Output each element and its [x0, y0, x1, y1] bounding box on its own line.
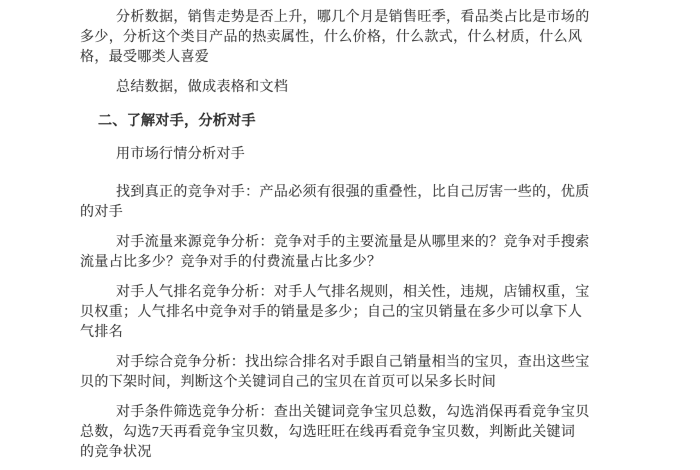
paragraph-summarize-data: 总结数据，做成表格和文档: [80, 78, 640, 98]
paragraph-market-analysis: 用市场行情分析对手: [80, 145, 640, 165]
paragraph-traffic-source-analysis: 对手流量来源竞争分析：竞争对手的主要流量是从哪里来的？竞争对手搜索 流量占比多少…: [80, 233, 640, 273]
paragraph-analyze-data: 分析数据，销售走势是否上升，哪几个月是销售旺季，看品类占比是市场的 多少，分析这…: [80, 8, 640, 68]
text-line: 对手综合竞争分析：找出综合排名对手跟自己销量相当的宝贝，查出这些宝: [80, 353, 640, 373]
text-line: 的对手: [80, 203, 640, 223]
text-line: 总数，勾选7天再看竞争宝贝数，勾选旺旺在线再看竞争宝贝数，判断此关键词: [80, 423, 640, 443]
text-line: 格，最受哪类人喜爱: [80, 48, 640, 68]
text-line: 对手人气排名竞争分析：对手人气排名规则，相关性，违规，店铺权重，宝: [80, 283, 640, 303]
paragraph-comprehensive-analysis: 对手综合竞争分析：找出综合排名对手跟自己销量相当的宝贝，查出这些宝 贝的下架时间…: [80, 353, 640, 393]
section-heading: 二、了解对手，分析对手: [80, 112, 640, 132]
text-line: 贝的下架时间，判断这个关键词自己的宝贝在首页可以呆多长时间: [80, 373, 640, 393]
text-line: 多少，分析这个类目产品的热卖属性，什么价格，什么款式，什么材质，什么风: [80, 28, 640, 48]
text-line: 对手条件筛选竞争分析：查出关键词竞争宝贝总数，勾选消保再看竞争宝贝: [80, 403, 640, 423]
text-line: 贝权重；人气排名中竞争对手的销量是多少；自己的宝贝销量在多少可以拿下人: [80, 303, 640, 323]
document-page: 分析数据，销售走势是否上升，哪几个月是销售旺季，看品类占比是市场的 多少，分析这…: [80, 8, 640, 470]
text-line: 分析数据，销售走势是否上升，哪几个月是销售旺季，看品类占比是市场的: [80, 8, 640, 28]
text-line: 对手流量来源竞争分析：竞争对手的主要流量是从哪里来的？竞争对手搜索: [80, 233, 640, 253]
paragraph-find-competitors: 找到真正的竞争对手：产品必须有很强的重叠性，比自己厉害一些的，优质 的对手: [80, 183, 640, 223]
text-line: 总结数据，做成表格和文档: [80, 78, 640, 98]
text-line: 找到真正的竞争对手：产品必须有很强的重叠性，比自己厉害一些的，优质: [80, 183, 640, 203]
text-line: 的竞争状况: [80, 443, 640, 463]
text-line: 气排名: [80, 323, 640, 343]
paragraph-filter-condition-analysis: 对手条件筛选竞争分析：查出关键词竞争宝贝总数，勾选消保再看竞争宝贝 总数，勾选7…: [80, 403, 640, 463]
section-heading-text: 二、了解对手，分析对手: [80, 112, 640, 132]
text-line: 流量占比多少？竞争对手的付费流量占比多少？: [80, 253, 640, 273]
paragraph-popularity-ranking-analysis: 对手人气排名竞争分析：对手人气排名规则，相关性，违规，店铺权重，宝 贝权重；人气…: [80, 283, 640, 343]
text-line: 用市场行情分析对手: [80, 145, 640, 165]
